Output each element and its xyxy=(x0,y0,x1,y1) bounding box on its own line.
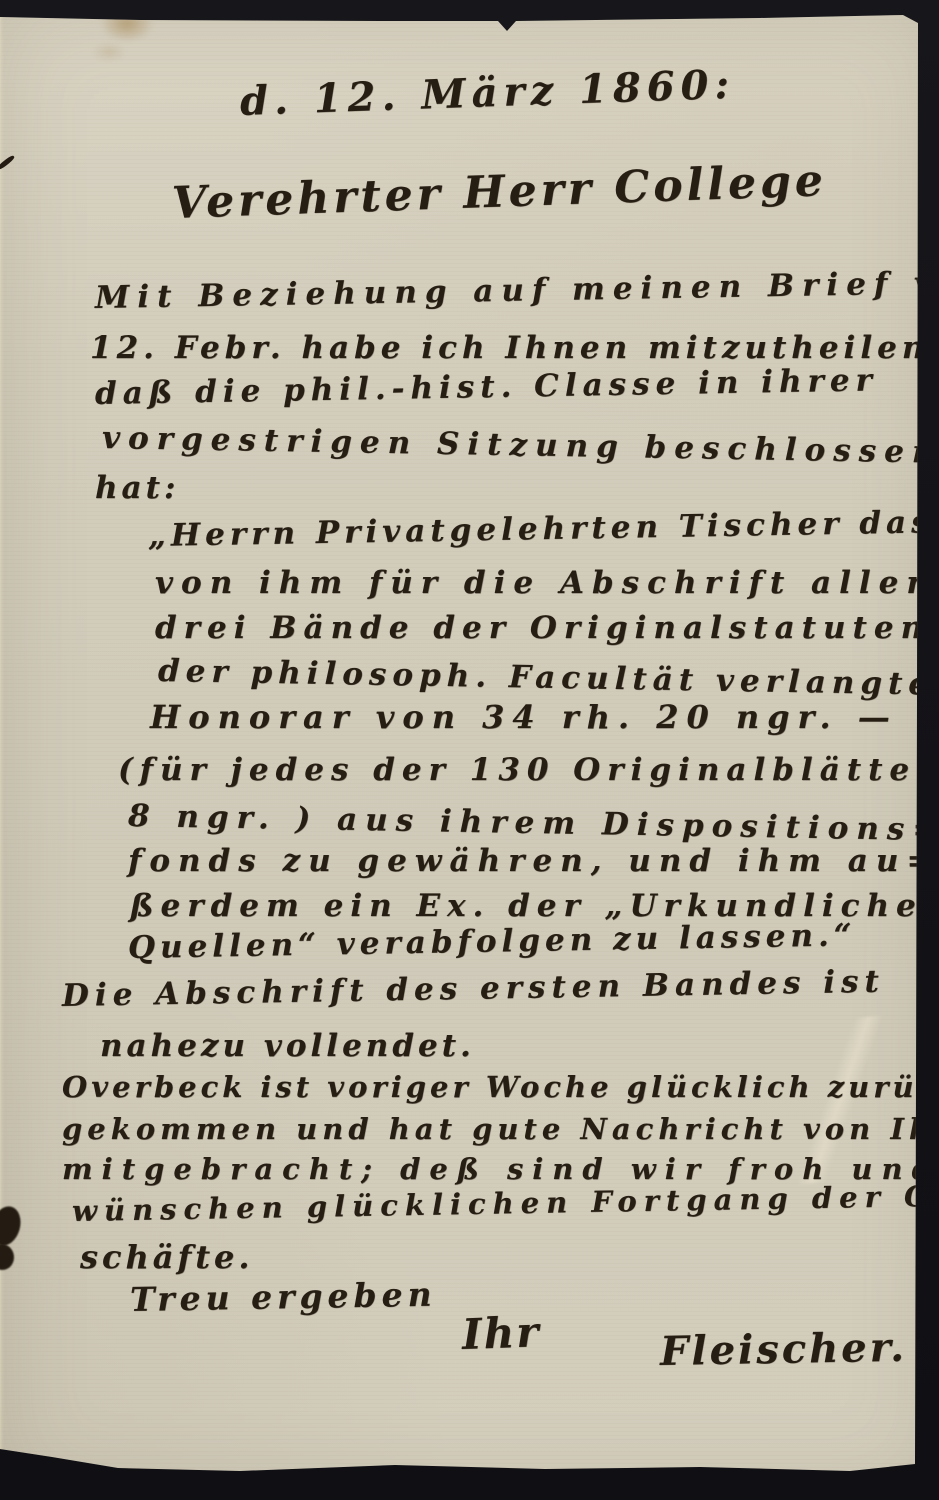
body-line: gekommen und hat gute Nachricht von Ihne… xyxy=(62,1112,939,1146)
body-line: 8 ngr. ) aus ihrem Dispositions= xyxy=(128,798,939,848)
body-line: von ihm für die Abschrift aller xyxy=(155,565,931,601)
body-line: daß die phil.-hist. Classe in ihrer xyxy=(95,362,878,412)
date-line: d. 12. März 1860: xyxy=(239,61,736,125)
valediction-line: Treu ergeben xyxy=(130,1275,437,1319)
body-line: Mit Beziehung auf meinen Brief v. xyxy=(95,265,939,316)
salutation-line: Verehrter Herr College xyxy=(171,155,827,229)
body-line: der philosoph. Facultät verlangte xyxy=(158,653,935,703)
body-line: Quellen“ verabfolgen zu lassen.“ xyxy=(128,917,857,966)
body-line: hat: xyxy=(95,470,179,506)
body-line: schäfte. xyxy=(80,1238,254,1276)
letter-page: d. 12. März 1860:Verehrter Herr CollegeM… xyxy=(0,0,939,1500)
ink-smudge-left-edge xyxy=(0,1242,16,1271)
body-line: (für jedes der 130 Originalblätter xyxy=(118,752,939,788)
body-line: Honorar von 34 rh. 20 ngr. — } xyxy=(150,698,939,736)
body-line: nahezu vollendet. xyxy=(100,1028,475,1064)
ink-smudge-left-edge xyxy=(0,1203,25,1249)
photo-background: d. 12. März 1860:Verehrter Herr CollegeM… xyxy=(0,0,939,1500)
body-line: Overbeck ist voriger Woche glücklich zur… xyxy=(62,1070,939,1104)
foxing-stain xyxy=(100,6,154,42)
body-line: vorgestrigen Sitzung beschlossen xyxy=(102,420,939,471)
closing-pronoun: Ihr xyxy=(461,1307,541,1359)
body-line: drei Bände der Originalstatuten xyxy=(155,610,930,646)
body-line: „Herrn Privatgelehrten Tischer das xyxy=(148,504,934,554)
body-line: fonds zu gewähren, und ihm au= xyxy=(128,843,939,879)
foxing-stain xyxy=(92,42,126,62)
body-line: 12. Febr. habe ich Ihnen mitzutheilen, xyxy=(90,330,939,366)
signature: Fleischer. xyxy=(660,1324,908,1375)
body-line: Die Abschrift des ersten Bandes ist xyxy=(62,964,885,1014)
ink-mark-left-edge xyxy=(0,154,15,170)
